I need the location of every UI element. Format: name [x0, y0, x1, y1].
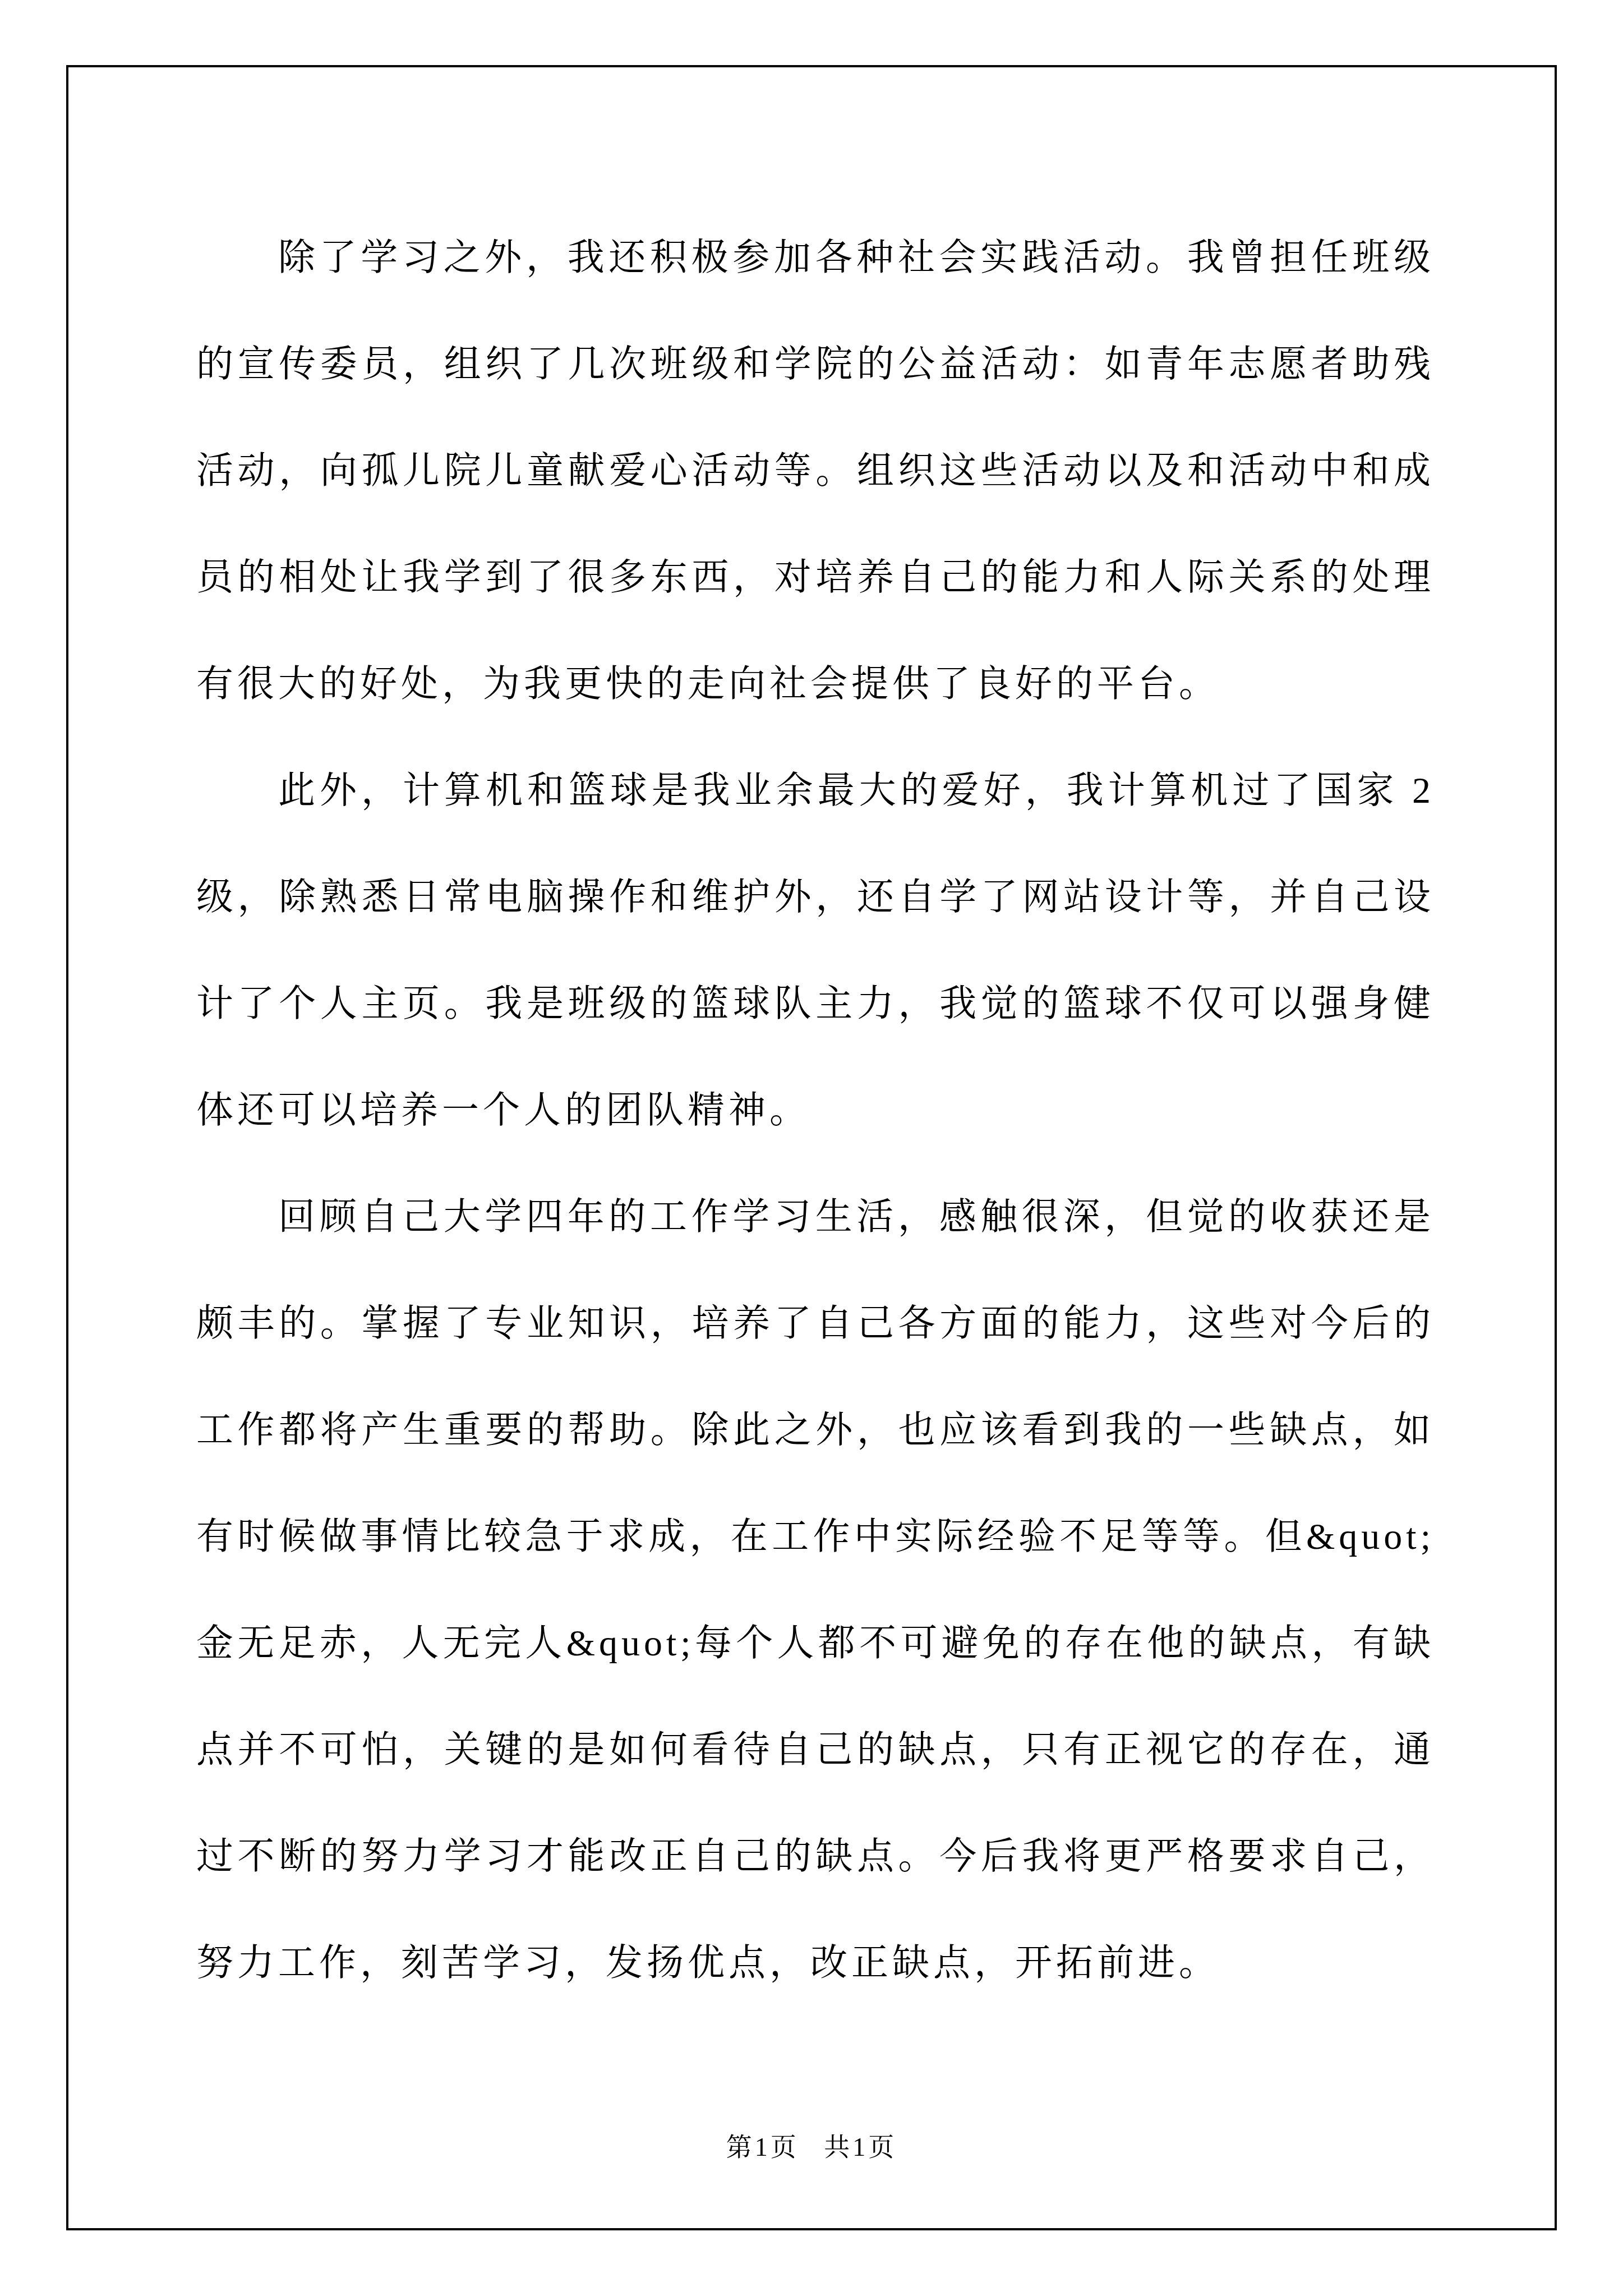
body-line: 有很大的好处，为我更快的走向社会提供了良好的平台。: [196, 661, 1435, 767]
body-line: 工作都将产生重要的帮助。除此之外，也应该看到我的一些缺点，如: [196, 1407, 1435, 1513]
body-line: 活动，向孤儿院儿童献爱心活动等。组织这些活动以及和活动中和成: [196, 448, 1435, 554]
body-line: 颇丰的。掌握了专业知识，培养了自己各方面的能力，这些对今后的: [196, 1300, 1435, 1407]
body-line: 体还可以培养一个人的团队精神。: [196, 1087, 1435, 1194]
body-line: 计了个人主页。我是班级的篮球队主力，我觉的篮球不仅可以强身健: [196, 981, 1435, 1087]
body-line: 的宣传委员，组织了几次班级和学院的公益活动：如青年志愿者助残: [196, 341, 1435, 448]
body-line: 级，除熟悉日常电脑操作和维护外，还自学了网站设计等，并自己设: [196, 874, 1435, 981]
body-line: 点并不可怕，关键的是如何看待自己的缺点，只有正视它的存在，通: [196, 1727, 1435, 1833]
paragraph: 此外，计算机和篮球是我业余最大的爱好，我计算机过了国家 2 级，除熟悉日常电脑操…: [196, 767, 1435, 1194]
paragraph: 回顾自己大学四年的工作学习生活，感触很深，但觉的收获还是 颇丰的。掌握了专业知识…: [196, 1194, 1435, 2046]
document-body: 除了学习之外，我还积极参加各种社会实践活动。我曾担任班级 的宣传委员，组织了几次…: [196, 234, 1435, 2046]
body-line: 回顾自己大学四年的工作学习生活，感触很深，但觉的收获还是: [196, 1194, 1435, 1300]
body-line: 金无足赤，人无完人&quot;每个人都不可避免的存在他的缺点，有缺: [196, 1620, 1435, 1727]
body-line: 有时候做事情比较急于求成，在工作中实际经验不足等等。但&quot;: [196, 1513, 1435, 1620]
body-line: 员的相处让我学到了很多东西，对培养自己的能力和人际关系的处理: [196, 554, 1435, 661]
body-line: 努力工作，刻苦学习，发扬优点，改正缺点，开拓前进。: [196, 1940, 1435, 2046]
body-line: 除了学习之外，我还积极参加各种社会实践活动。我曾担任班级: [196, 234, 1435, 341]
body-line: 此外，计算机和篮球是我业余最大的爱好，我计算机过了国家 2: [196, 767, 1435, 874]
document-page: 除了学习之外，我还积极参加各种社会实践活动。我曾担任班级 的宣传委员，组织了几次…: [0, 0, 1623, 2296]
paragraph: 除了学习之外，我还积极参加各种社会实践活动。我曾担任班级 的宣传委员，组织了几次…: [196, 234, 1435, 767]
page-footer: 第1页 共1页: [0, 2131, 1623, 2164]
body-line: 过不断的努力学习才能改正自己的缺点。今后我将更严格要求自己，: [196, 1833, 1435, 1940]
